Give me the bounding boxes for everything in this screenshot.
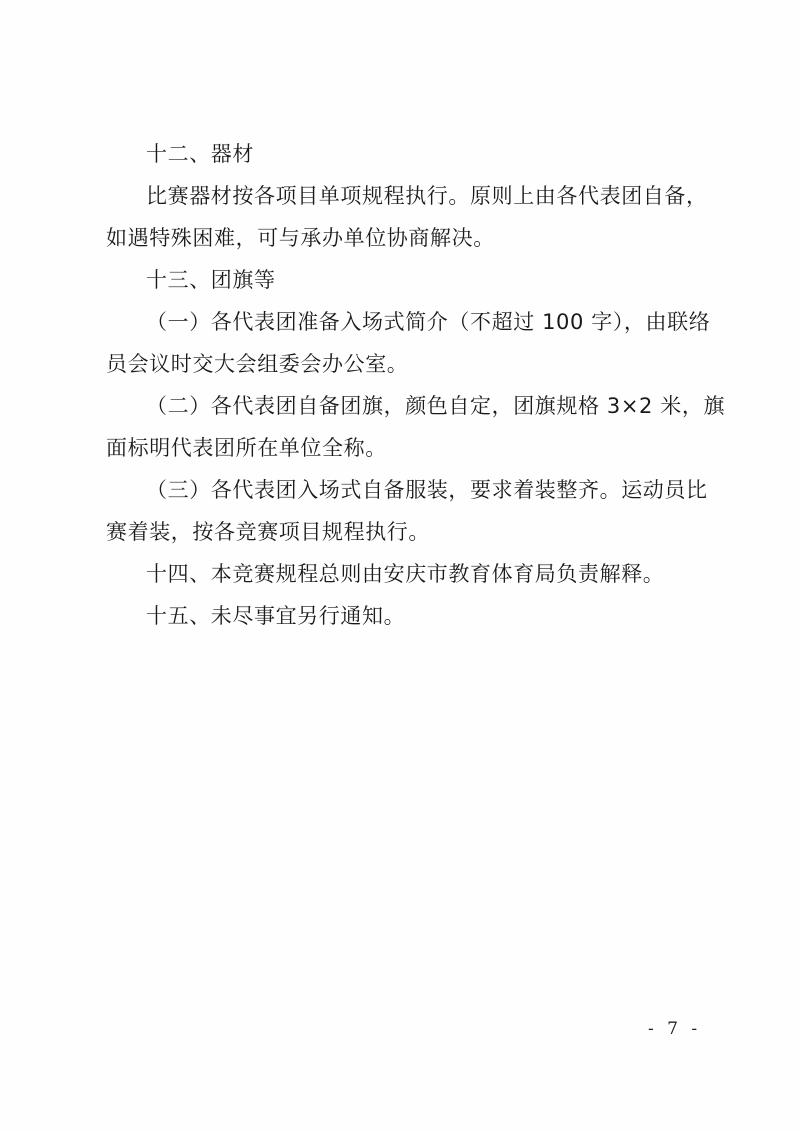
page-number: - 7 - <box>648 1019 701 1039</box>
document-page: 十二、器材 比赛器材按各项目单项规程执行。原则上由各代表团自备， 如遇特殊困难，… <box>0 0 800 1131</box>
paragraph-flags-1-line-2: 员会议时交大会组委会办公室。 <box>106 349 408 379</box>
paragraph-flags-2-line-2: 面标明代表团所在单位全称。 <box>106 433 387 463</box>
section-heading-other-matters: 十五、未尽事宜另行通知。 <box>146 601 405 631</box>
section-heading-equipment: 十二、器材 <box>146 139 254 169</box>
paragraph-flags-2-line-1: （二）各代表团自备团旗，颜色自定，团旗规格 3×2 米，旗 <box>146 391 698 421</box>
paragraph-equipment-line-1: 比赛器材按各项目单项规程执行。原则上由各代表团自备， <box>146 181 698 211</box>
paragraph-flags-3-line-2: 赛着装，按各竞赛项目规程执行。 <box>106 517 430 547</box>
section-heading-flags: 十三、团旗等 <box>146 265 276 295</box>
section-heading-interpretation: 十四、本竞赛规程总则由安庆市教育体育局负责解释。 <box>146 559 664 589</box>
paragraph-equipment-line-2: 如遇特殊困难，可与承办单位协商解决。 <box>106 223 495 253</box>
paragraph-flags-3-line-1: （三）各代表团入场式自备服装，要求着装整齐。运动员比 <box>146 475 698 505</box>
paragraph-flags-1-line-1: （一）各代表团准备入场式简介（不超过 100 字），由联络 <box>146 307 698 337</box>
